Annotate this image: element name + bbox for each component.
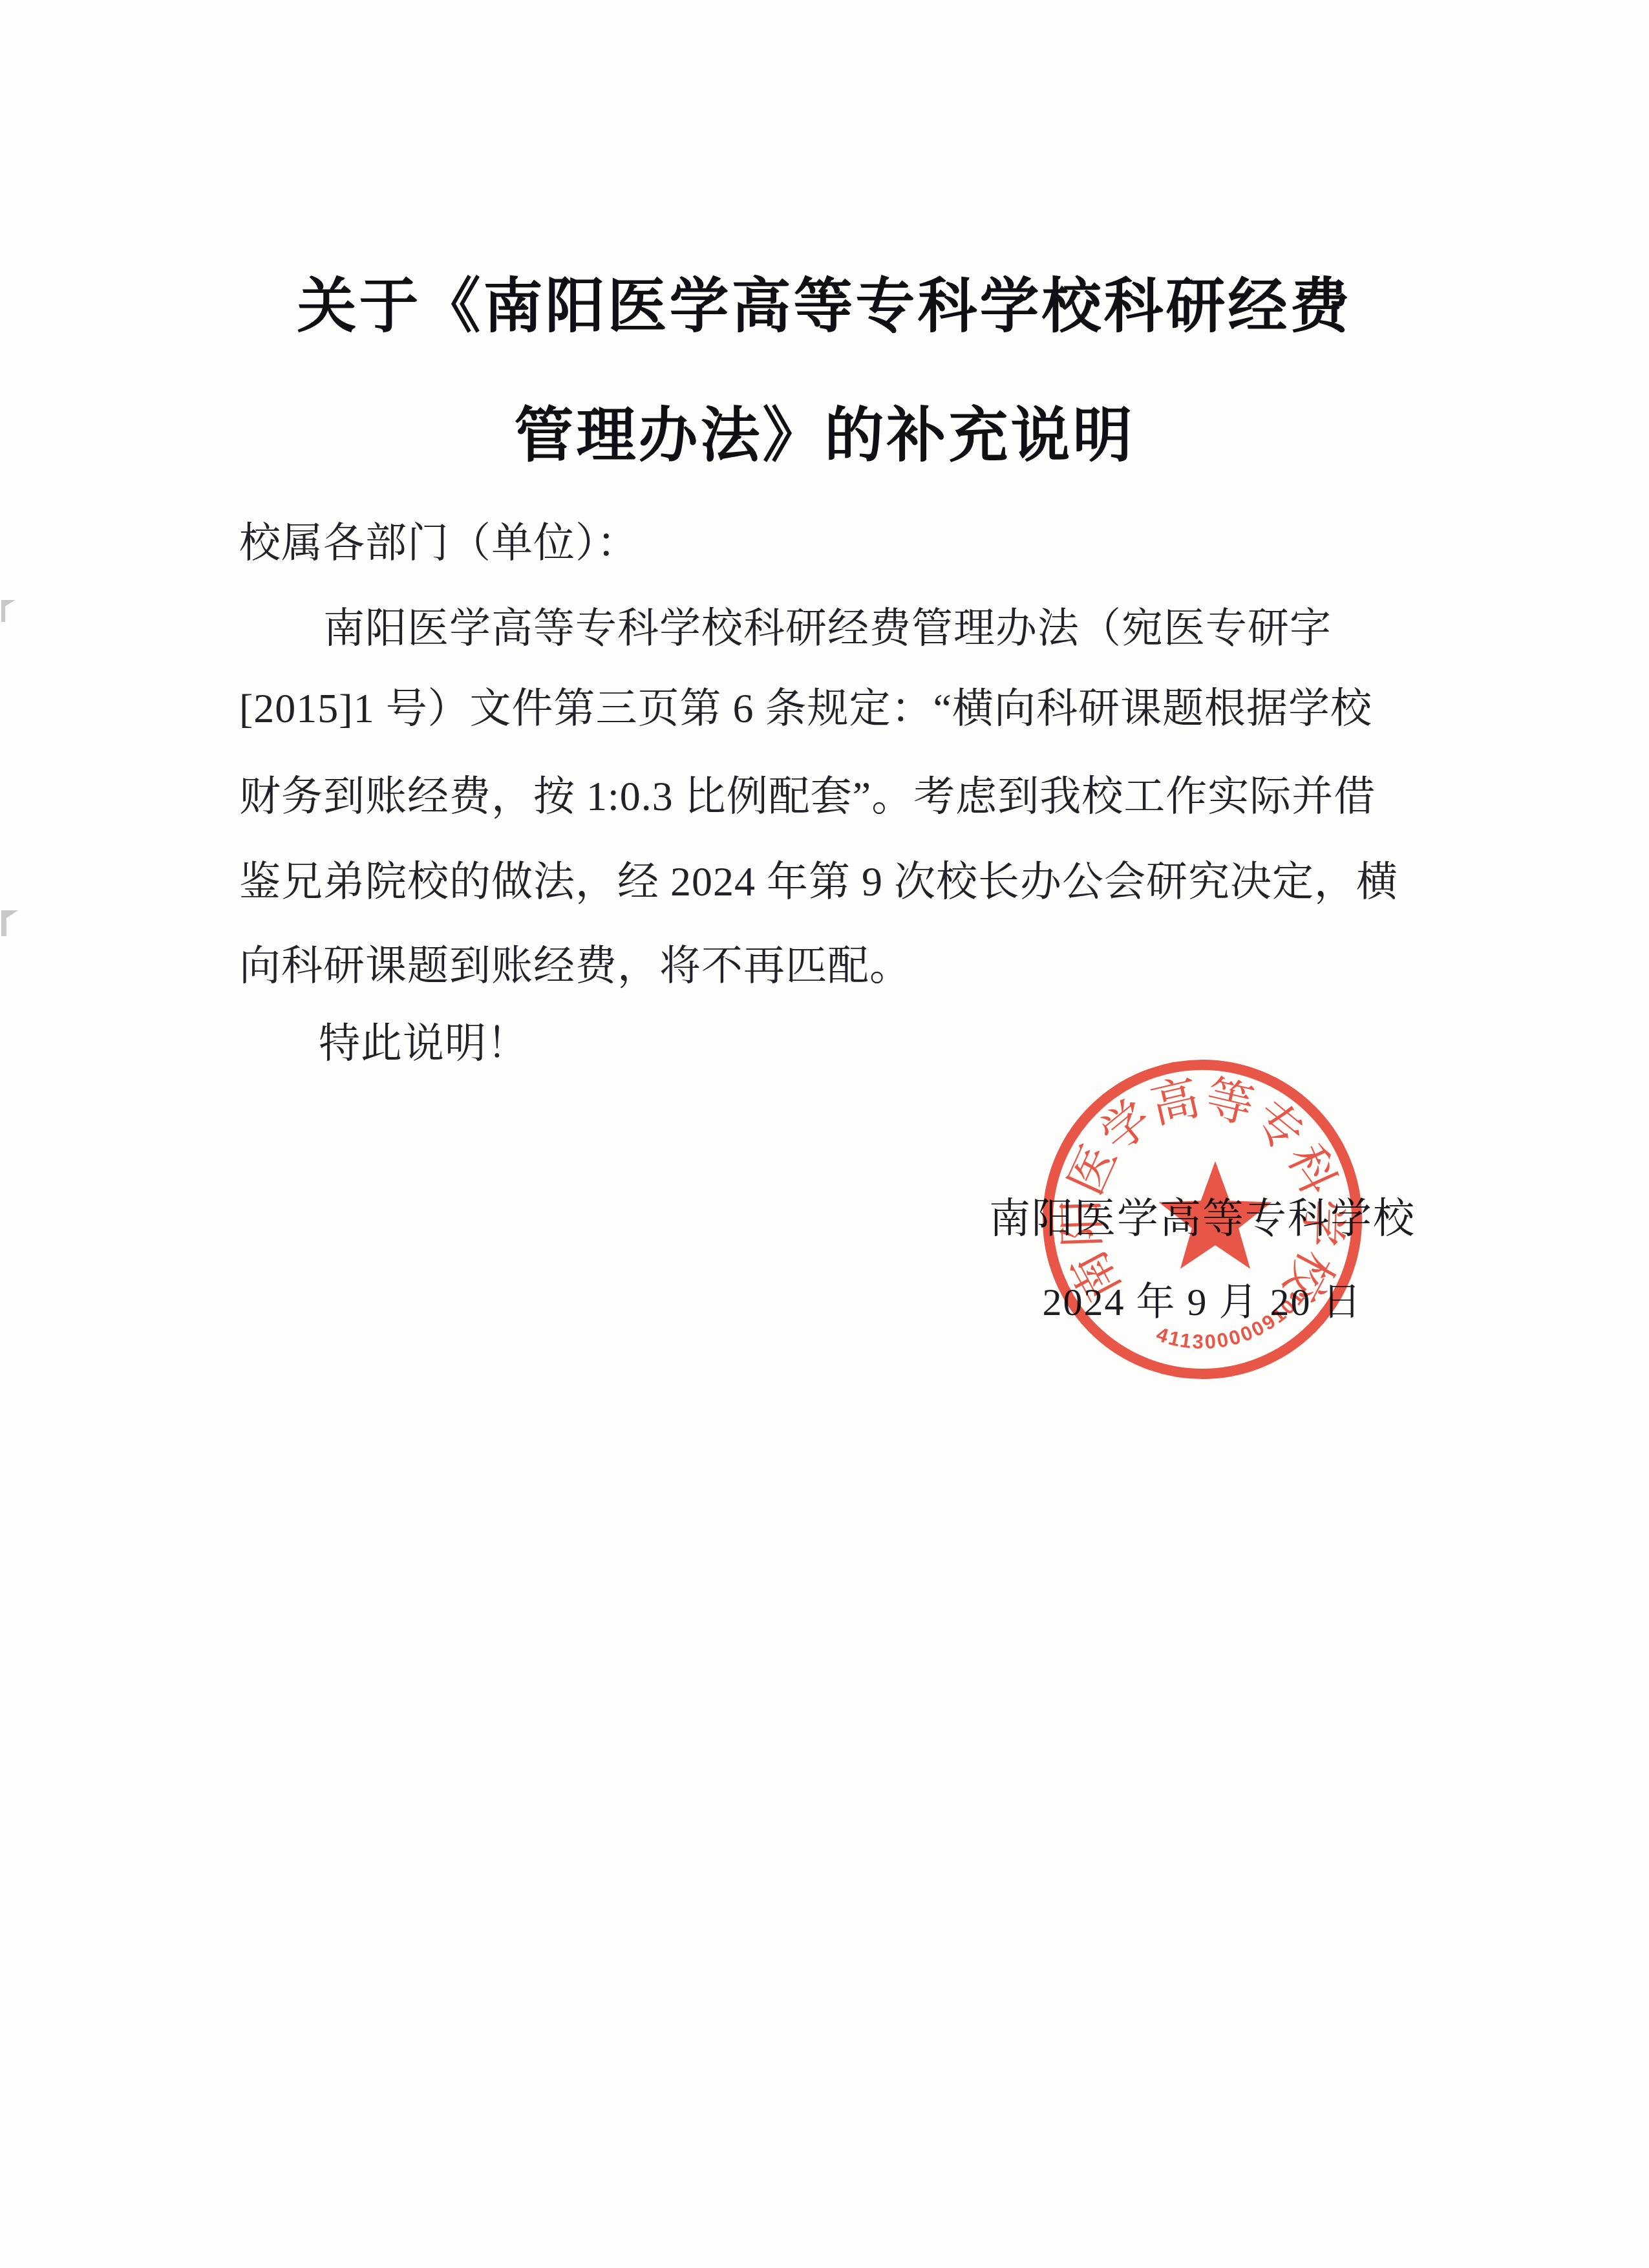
body-line: [2015]1 号）文件第三页第 6 条规定：“横向科研课题根据学校 [239, 688, 1372, 729]
star-icon [1159, 1161, 1272, 1268]
body-line: 向科研课题到账经费，将不再匹配。 [239, 945, 911, 987]
body-line: 鉴兄弟院校的做法，经 2024 年第 9 次校长办公会研究决定，横 [239, 861, 1398, 903]
body-line: 财务到账经费，按 1:0.3 比例配套”。考虑到我校工作实际并借 [239, 776, 1376, 817]
body-line: 南阳医学高等专科学校科研经费管理办法（宛医专研字 [323, 608, 1332, 649]
seal-arc-char: 学 [1295, 1199, 1349, 1248]
official-seal-stamp: 南 阳 医 学 高 等 专 科 学 校 4113000009101 [1021, 1038, 1383, 1400]
document-title-line1: 关于《南阳医学高等专科学校科研经费 [0, 277, 1649, 336]
seal-arc-char: 阳 [1056, 1199, 1110, 1248]
document-title-line2: 管理办法》的补充说明 [0, 406, 1649, 465]
scanned-document-page: 关于《南阳医学高等专科学校科研经费 管理办法》的补充说明 校属各部门（单位）： … [0, 0, 1649, 2268]
salutation-line: 校属各部门（单位）： [239, 522, 639, 564]
scan-artifact [1, 910, 18, 936]
closing-line: 特此说明！ [319, 1023, 529, 1064]
scan-artifact [1, 600, 16, 622]
